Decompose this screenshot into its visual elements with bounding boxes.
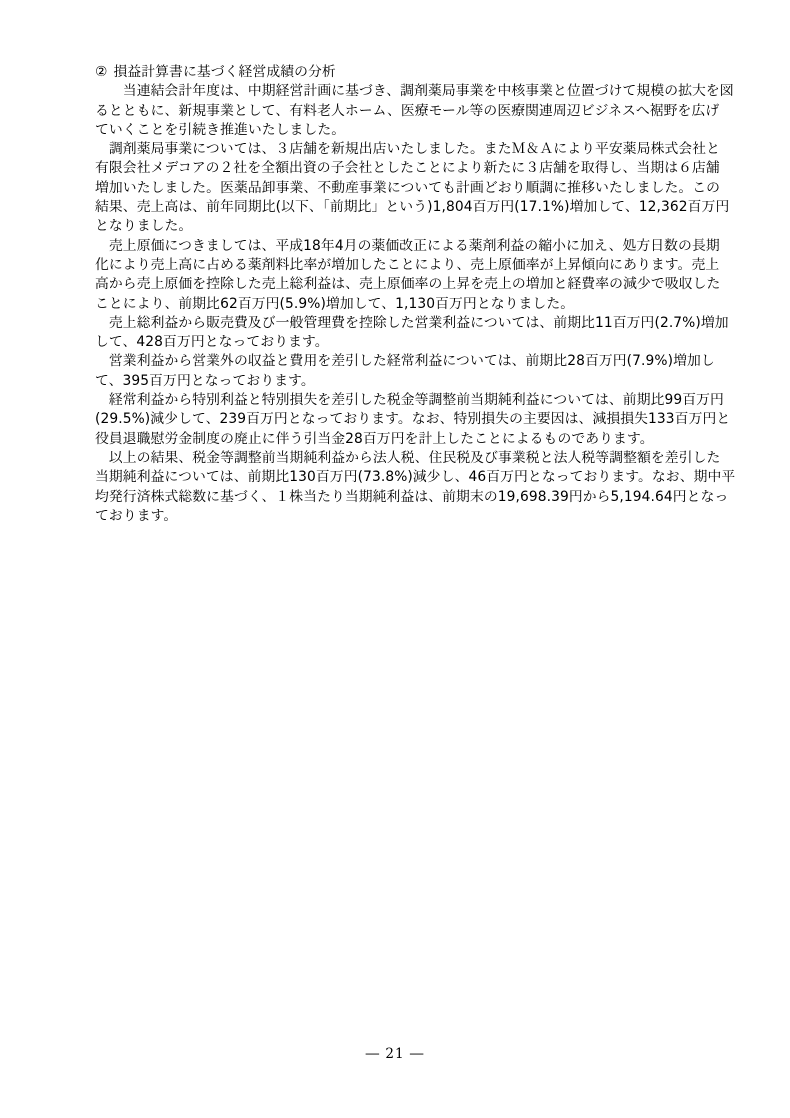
text-line: となりました。: [95, 217, 731, 236]
text-line: るとともに、新規事業として、有料老人ホーム、医療モール等の医療関連周辺ビジネスへ…: [95, 102, 731, 121]
section-number: ②: [95, 64, 107, 80]
text-line: 化により売上高に占める薬剤料比率が増加したことにより、売上原価率が上昇傾向にあり…: [95, 256, 731, 275]
text-line: 調剤薬局事業については、３店舗を新規出店いたしました。またＭ＆Ａにより平安薬局株…: [95, 140, 731, 159]
body-text: ②損益計算書に基づく経営成績の分析 当連結会計年度は、中期経営計画に基づき、調剤…: [95, 63, 731, 526]
text-line: ていくことを引続き推進いたしました。: [95, 121, 731, 140]
text-line: 増加いたしました。医薬品卸事業、不動産事業についても計画どおり順調に推移いたしま…: [95, 179, 731, 198]
text-line: 営業利益から営業外の収益と費用を差引した経常利益については、前期比28百万円(7…: [95, 352, 731, 371]
text-line: 高から売上原価を控除した売上総利益は、売上原価率の上昇を売上の増加と経費率の減少…: [95, 275, 731, 294]
report-page: ②損益計算書に基づく経営成績の分析 当連結会計年度は、中期経営計画に基づき、調剤…: [0, 0, 790, 1118]
text-line: 当期純利益については、前期比130百万円(73.8%)減少し、46百万円となって…: [95, 468, 731, 487]
text-line: 結果、売上高は、前年同期比(以下、「前期比」という)1,804百万円(17.1%…: [95, 198, 731, 217]
text-line: (29.5%)減少して、239百万円となっております。なお、特別損失の主要因は、…: [95, 410, 731, 429]
text-line: ことにより、前期比62百万円(5.9%)増加して、1,130百万円となりました。: [95, 295, 731, 314]
page-number: ― 21 ―: [0, 1046, 790, 1062]
text-line: ております。: [95, 507, 731, 526]
section-heading: ②損益計算書に基づく経営成績の分析: [95, 63, 731, 82]
text-line: して、428百万円となっております。: [95, 333, 731, 352]
text-line: 有限会社メデコアの２社を全額出資の子会社としたことにより新たに３店舗を取得し、当…: [95, 159, 731, 178]
text-line: 以上の結果、税金等調整前当期純利益から法人税、住民税及び事業税と法人税等調整額を…: [95, 449, 731, 468]
text-line: て、395百万円となっております。: [95, 372, 731, 391]
section-title: 損益計算書に基づく経営成績の分析: [113, 64, 335, 80]
text-line: 経常利益から特別利益と特別損失を差引した税金等調整前当期純利益については、前期比…: [95, 391, 731, 410]
text-line: 当連結会計年度は、中期経営計画に基づき、調剤薬局事業を中核事業と位置づけて規模の…: [95, 82, 731, 101]
text-line: 均発行済株式総数に基づく、１株当たり当期純利益は、前期末の19,698.39円か…: [95, 488, 731, 507]
text-line: 売上原価につきましては、平成18年4月の薬価改正による薬剤利益の縮小に加え、処方…: [95, 237, 731, 256]
text-line: 売上総利益から販売費及び一般管理費を控除した営業利益については、前期比11百万円…: [95, 314, 731, 333]
text-line: 役員退職慰労金制度の廃止に伴う引当金28百万円を計上したことによるものであります…: [95, 430, 731, 449]
